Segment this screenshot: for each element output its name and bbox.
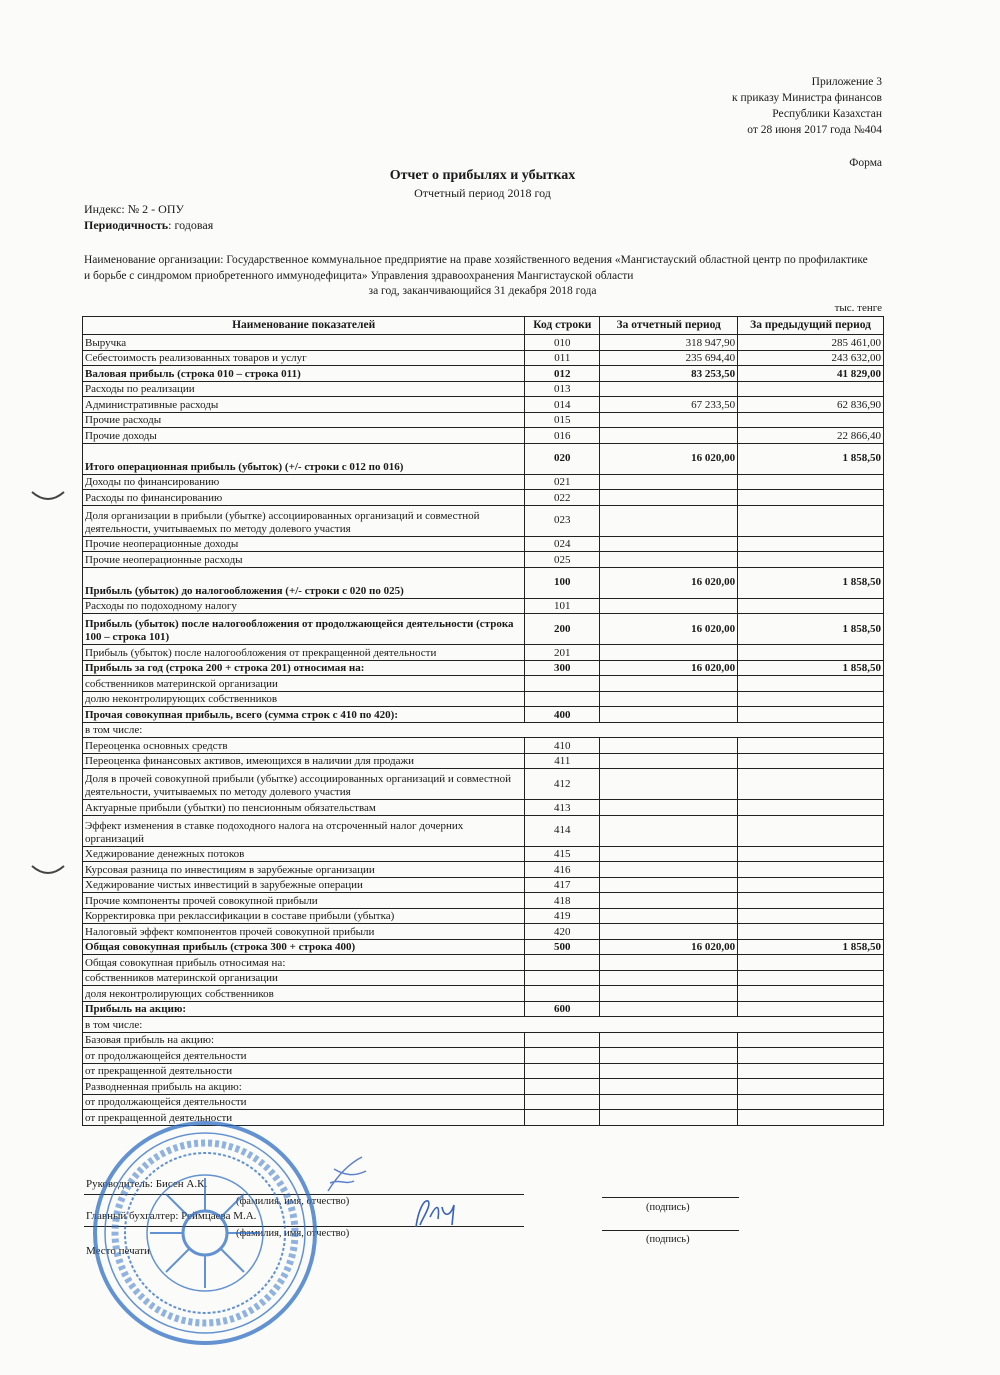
row-previous-value: [738, 846, 884, 862]
row-label: Прибыль на акцию:: [83, 1001, 525, 1017]
row-label: Прочие компоненты прочей совокупной приб…: [83, 893, 525, 909]
row-code: 411: [525, 753, 600, 769]
row-previous-value: [738, 490, 884, 506]
row-current-value: [600, 846, 738, 862]
row-label: Прибыль за год (строка 200 + строка 201)…: [83, 660, 525, 676]
head-signature-line[interactable]: [602, 1197, 739, 1198]
table-row: Разводненная прибыль на акцию:: [83, 1079, 884, 1095]
row-current-value: [600, 474, 738, 490]
table-row: Административные расходы01467 233,5062 8…: [83, 397, 884, 413]
row-code: 023: [525, 505, 600, 536]
table-row: Эффект изменения в ставке подоходного на…: [83, 815, 884, 846]
row-current-value: [600, 490, 738, 506]
row-label: Выручка: [83, 335, 525, 351]
table-row: Корректировка при реклассификации в сост…: [83, 908, 884, 924]
row-code: [525, 1063, 600, 1079]
appendix-reference: Приложение 3 к приказу Министра финансов…: [732, 74, 882, 138]
row-label: Расходы по подоходному налогу: [83, 598, 525, 614]
form-index: Индекс: № 2 - ОПУ: [84, 202, 184, 217]
row-current-value: [600, 769, 738, 800]
row-current-value: [600, 753, 738, 769]
row-label: Доходы по финансированию: [83, 474, 525, 490]
row-code: 300: [525, 660, 600, 676]
row-code: 400: [525, 707, 600, 723]
row-label: Переоценка основных средств: [83, 738, 525, 754]
row-previous-value: [738, 738, 884, 754]
row-current-value: [600, 800, 738, 816]
row-previous-value: [738, 893, 884, 909]
row-label: Переоценка финансовых активов, имеющихся…: [83, 753, 525, 769]
row-label: Расходы по реализации: [83, 381, 525, 397]
row-current-value: [600, 536, 738, 552]
row-current-value: [600, 862, 738, 878]
table-row: в том числе:: [83, 1017, 884, 1033]
row-current-value: [600, 1048, 738, 1064]
column-header-code: Код строки: [525, 317, 600, 335]
income-statement-table: Наименование показателей Код строки За о…: [82, 316, 884, 1126]
row-previous-value: [738, 1001, 884, 1017]
row-previous-value: [738, 676, 884, 692]
row-label: Прочая совокупная прибыль, всего (сумма …: [83, 707, 525, 723]
row-label: Валовая прибыль (строка 010 – строка 011…: [83, 366, 525, 382]
row-label: Хеджирование чистых инвестиций в зарубеж…: [83, 877, 525, 893]
table-row: Доходы по финансированию021: [83, 474, 884, 490]
row-current-value: [600, 412, 738, 428]
row-label: Базовая прибыль на акцию:: [83, 1032, 525, 1048]
signature-caption: (подпись): [646, 1202, 690, 1213]
row-current-value: [600, 924, 738, 940]
row-label: Прибыль (убыток) после налогообложения о…: [83, 645, 525, 661]
row-previous-value: [738, 691, 884, 707]
column-header-name: Наименование показателей: [83, 317, 525, 335]
row-previous-value: [738, 769, 884, 800]
table-row: Прибыль за год (строка 200 + строка 201)…: [83, 660, 884, 676]
row-label: Итого операционная прибыль (убыток) (+/-…: [83, 443, 525, 474]
row-code: 414: [525, 815, 600, 846]
table-row: собственников материнской организации: [83, 676, 884, 692]
row-previous-value: [738, 645, 884, 661]
table-row: Себестоимость реализованных товаров и ус…: [83, 350, 884, 366]
row-current-value: [600, 676, 738, 692]
row-current-value: [600, 986, 738, 1002]
row-code: 015: [525, 412, 600, 428]
table-row: Прочие неоперационные расходы025: [83, 552, 884, 568]
appendix-line: Республики Казахстан: [732, 106, 882, 122]
appendix-line: к приказу Министра финансов: [732, 90, 882, 106]
row-code: [525, 691, 600, 707]
table-row: Расходы по подоходному налогу101: [83, 598, 884, 614]
row-label: Прочие неоперационные доходы: [83, 536, 525, 552]
head-signature-icon: [320, 1155, 370, 1195]
table-row: Доля в прочей совокупной прибыли (убытке…: [83, 769, 884, 800]
row-current-value: [600, 1063, 738, 1079]
row-code: 200: [525, 614, 600, 645]
table-row: доля неконтролирующих собственников: [83, 986, 884, 1002]
row-previous-value: 1 858,50: [738, 939, 884, 955]
row-code: 020: [525, 443, 600, 474]
accountant-signature-line[interactable]: [602, 1230, 739, 1231]
row-previous-value: [738, 1032, 884, 1048]
row-label: от продолжающейся деятельности: [83, 1048, 525, 1064]
row-previous-value: [738, 877, 884, 893]
row-code: [525, 955, 600, 971]
table-row: Курсовая разница по инвестициям в зарубе…: [83, 862, 884, 878]
fio-caption: (фамилия, имя, отчество): [236, 1196, 349, 1207]
row-code: 024: [525, 536, 600, 552]
row-code: 011: [525, 350, 600, 366]
row-code: 418: [525, 893, 600, 909]
row-code: 010: [525, 335, 600, 351]
row-code: [525, 1110, 600, 1126]
units-label: тыс. тенге: [835, 302, 882, 314]
row-label: Эффект изменения в ставке подоходного на…: [83, 815, 525, 846]
row-label: Курсовая разница по инвестициям в зарубе…: [83, 862, 525, 878]
row-previous-value: [738, 753, 884, 769]
row-label: Прочие расходы: [83, 412, 525, 428]
table-row: от прекращенной деятельности: [83, 1063, 884, 1079]
row-label: собственников материнской организации: [83, 676, 525, 692]
row-code: 022: [525, 490, 600, 506]
fio-caption: (фамилия, имя, отчество): [236, 1228, 349, 1239]
row-current-value: [600, 815, 738, 846]
row-current-value: [600, 1001, 738, 1017]
table-row: Прибыль (убыток) после налогообложения о…: [83, 645, 884, 661]
appendix-line: от 28 июня 2017 года №404: [732, 122, 882, 138]
table-row: Расходы по финансированию022: [83, 490, 884, 506]
row-code: 021: [525, 474, 600, 490]
row-current-value: 16 020,00: [600, 614, 738, 645]
periodicity-label: Периодичность: [84, 218, 168, 232]
row-label: Актуарные прибыли (убытки) по пенсионным…: [83, 800, 525, 816]
row-current-value: [600, 598, 738, 614]
row-code: 419: [525, 908, 600, 924]
row-current-value: [600, 893, 738, 909]
table-row: Прибыль (убыток) до налогообложения (+/-…: [83, 567, 884, 598]
table-row: Прочие доходы01622 866,40: [83, 428, 884, 444]
table-row: долю неконтролирующих собственников: [83, 691, 884, 707]
row-previous-value: 41 829,00: [738, 366, 884, 382]
row-previous-value: [738, 970, 884, 986]
row-code: 500: [525, 939, 600, 955]
row-current-value: [600, 552, 738, 568]
row-current-value: [600, 1110, 738, 1126]
row-code: [525, 1094, 600, 1110]
row-previous-value: [738, 505, 884, 536]
organization-name: Наименование организации: Государственно…: [84, 252, 874, 284]
row-label: доля неконтролирующих собственников: [83, 986, 525, 1002]
row-code: 416: [525, 862, 600, 878]
row-label: Доля в прочей совокупной прибыли (убытке…: [83, 769, 525, 800]
row-current-value: [600, 707, 738, 723]
table-row: Итого операционная прибыль (убыток) (+/-…: [83, 443, 884, 474]
row-label: Прочие неоперационные расходы: [83, 552, 525, 568]
row-current-value: 16 020,00: [600, 567, 738, 598]
row-previous-value: [738, 924, 884, 940]
table-row: от продолжающейся деятельности: [83, 1048, 884, 1064]
row-label: Налоговый эффект компонентов прочей сово…: [83, 924, 525, 940]
periodicity: Периодичность: годовая: [84, 218, 213, 233]
row-label: Хеджирование денежных потоков: [83, 846, 525, 862]
seal-place-label: Место печати: [86, 1245, 150, 1257]
table-row: Валовая прибыль (строка 010 – строка 011…: [83, 366, 884, 382]
table-body: Выручка010318 947,90285 461,00Себестоимо…: [83, 335, 884, 1126]
row-code: 420: [525, 924, 600, 940]
row-code: 600: [525, 1001, 600, 1017]
table-row: Хеджирование чистых инвестиций в зарубеж…: [83, 877, 884, 893]
row-previous-value: [738, 412, 884, 428]
row-current-value: [600, 955, 738, 971]
row-current-value: [600, 1079, 738, 1095]
row-label: от прекращенной деятельности: [83, 1110, 525, 1126]
row-previous-value: 1 858,50: [738, 614, 884, 645]
row-previous-value: [738, 1079, 884, 1095]
row-section-label: в том числе:: [83, 1017, 884, 1033]
row-current-value: 67 233,50: [600, 397, 738, 413]
row-label: долю неконтролирующих собственников: [83, 691, 525, 707]
row-code: 415: [525, 846, 600, 862]
accountant-signature-icon: [410, 1195, 470, 1230]
table-row: Хеджирование денежных потоков415: [83, 846, 884, 862]
row-label: Корректировка при реклассификации в сост…: [83, 908, 525, 924]
row-current-value: [600, 877, 738, 893]
row-code: 410: [525, 738, 600, 754]
table-row: Переоценка финансовых активов, имеющихся…: [83, 753, 884, 769]
table-row: Налоговый эффект компонентов прочей сово…: [83, 924, 884, 940]
row-previous-value: 22 866,40: [738, 428, 884, 444]
row-current-value: 318 947,90: [600, 335, 738, 351]
punch-mark-icon: [30, 490, 66, 504]
row-label: от продолжающейся деятельности: [83, 1094, 525, 1110]
row-previous-value: 243 632,00: [738, 350, 884, 366]
table-row: Базовая прибыль на акцию:: [83, 1032, 884, 1048]
row-previous-value: [738, 955, 884, 971]
table-row: Переоценка основных средств410: [83, 738, 884, 754]
table-row: Прочие расходы015: [83, 412, 884, 428]
periodicity-value: : годовая: [168, 218, 213, 232]
row-previous-value: [738, 800, 884, 816]
row-previous-value: 285 461,00: [738, 335, 884, 351]
table-row: Прибыль на акцию:600: [83, 1001, 884, 1017]
row-label: Прибыль (убыток) до налогообложения (+/-…: [83, 567, 525, 598]
punch-mark-icon: [30, 864, 66, 878]
row-current-value: [600, 738, 738, 754]
table-row: Расходы по реализации013: [83, 381, 884, 397]
row-label: Общая совокупная прибыль относимая на:: [83, 955, 525, 971]
row-code: 013: [525, 381, 600, 397]
row-code: 016: [525, 428, 600, 444]
row-current-value: [600, 1032, 738, 1048]
row-current-value: [600, 381, 738, 397]
table-row: Выручка010318 947,90285 461,00: [83, 335, 884, 351]
row-previous-value: 62 836,90: [738, 397, 884, 413]
row-previous-value: [738, 1063, 884, 1079]
row-previous-value: 1 858,50: [738, 443, 884, 474]
row-current-value: 16 020,00: [600, 443, 738, 474]
chief-accountant-signatory: Главный бухгалтер: Реймцаева М.А.: [86, 1210, 256, 1222]
row-current-value: [600, 691, 738, 707]
row-current-value: [600, 1094, 738, 1110]
table-row: Актуарные прибыли (убытки) по пенсионным…: [83, 800, 884, 816]
row-current-value: 16 020,00: [600, 660, 738, 676]
row-previous-value: [738, 381, 884, 397]
row-current-value: [600, 505, 738, 536]
row-current-value: [600, 645, 738, 661]
row-previous-value: [738, 536, 884, 552]
table-row: Доля организации в прибыли (убытке) ассо…: [83, 505, 884, 536]
row-previous-value: [738, 862, 884, 878]
row-current-value: 83 253,50: [600, 366, 738, 382]
row-label: Себестоимость реализованных товаров и ус…: [83, 350, 525, 366]
row-previous-value: [738, 552, 884, 568]
row-previous-value: [738, 986, 884, 1002]
table-row: от продолжающейся деятельности: [83, 1094, 884, 1110]
row-previous-value: 1 858,50: [738, 567, 884, 598]
row-previous-value: [738, 1094, 884, 1110]
row-code: [525, 970, 600, 986]
row-code: 101: [525, 598, 600, 614]
row-current-value: 235 694,40: [600, 350, 738, 366]
document-title: Отчет о прибылях и убытках: [0, 168, 965, 184]
table-row: Общая совокупная прибыль относимая на:: [83, 955, 884, 971]
row-current-value: [600, 908, 738, 924]
year-end-caption: за год, заканчивающийся 31 декабря 2018 …: [0, 285, 965, 297]
table-row: Общая совокупная прибыль (строка 300 + с…: [83, 939, 884, 955]
row-label: Разводненная прибыль на акцию:: [83, 1079, 525, 1095]
row-label: Общая совокупная прибыль (строка 300 + с…: [83, 939, 525, 955]
row-label: Прочие доходы: [83, 428, 525, 444]
row-code: [525, 1048, 600, 1064]
table-row: Прочие компоненты прочей совокупной приб…: [83, 893, 884, 909]
table-header-row: Наименование показателей Код строки За о…: [83, 317, 884, 335]
row-previous-value: [738, 707, 884, 723]
row-label: от прекращенной деятельности: [83, 1063, 525, 1079]
table-row: Прочие неоперационные доходы024: [83, 536, 884, 552]
appendix-line: Приложение 3: [732, 74, 882, 90]
row-section-label: в том числе:: [83, 722, 884, 738]
row-previous-value: 1 858,50: [738, 660, 884, 676]
row-code: 412: [525, 769, 600, 800]
row-code: [525, 676, 600, 692]
row-code: 201: [525, 645, 600, 661]
row-label: Административные расходы: [83, 397, 525, 413]
row-code: 012: [525, 366, 600, 382]
signature-caption: (подпись): [646, 1234, 690, 1245]
table-row: от прекращенной деятельности: [83, 1110, 884, 1126]
row-previous-value: [738, 1048, 884, 1064]
row-previous-value: [738, 474, 884, 490]
row-previous-value: [738, 1110, 884, 1126]
row-current-value: [600, 970, 738, 986]
column-header-current: За отчетный период: [600, 317, 738, 335]
column-header-previous: За предыдущий период: [738, 317, 884, 335]
reporting-period: Отчетный период 2018 год: [0, 186, 965, 201]
table-row: Прочая совокупная прибыль, всего (сумма …: [83, 707, 884, 723]
row-code: 014: [525, 397, 600, 413]
table-row: Прибыль (убыток) после налогообложения о…: [83, 614, 884, 645]
table-row: собственников материнской организации: [83, 970, 884, 986]
row-current-value: [600, 428, 738, 444]
table-row: в том числе:: [83, 722, 884, 738]
row-previous-value: [738, 598, 884, 614]
row-code: [525, 1032, 600, 1048]
row-label: Расходы по финансированию: [83, 490, 525, 506]
row-previous-value: [738, 815, 884, 846]
row-label: Доля организации в прибыли (убытке) ассо…: [83, 505, 525, 536]
row-current-value: 16 020,00: [600, 939, 738, 955]
row-code: 100: [525, 567, 600, 598]
row-code: [525, 1079, 600, 1095]
row-code: [525, 986, 600, 1002]
row-label: собственников материнской организации: [83, 970, 525, 986]
head-signatory: Руководитель: Бисен А.К.: [86, 1178, 207, 1190]
row-label: Прибыль (убыток) после налогообложения о…: [83, 614, 525, 645]
row-code: 413: [525, 800, 600, 816]
row-code: 025: [525, 552, 600, 568]
row-code: 417: [525, 877, 600, 893]
row-previous-value: [738, 908, 884, 924]
